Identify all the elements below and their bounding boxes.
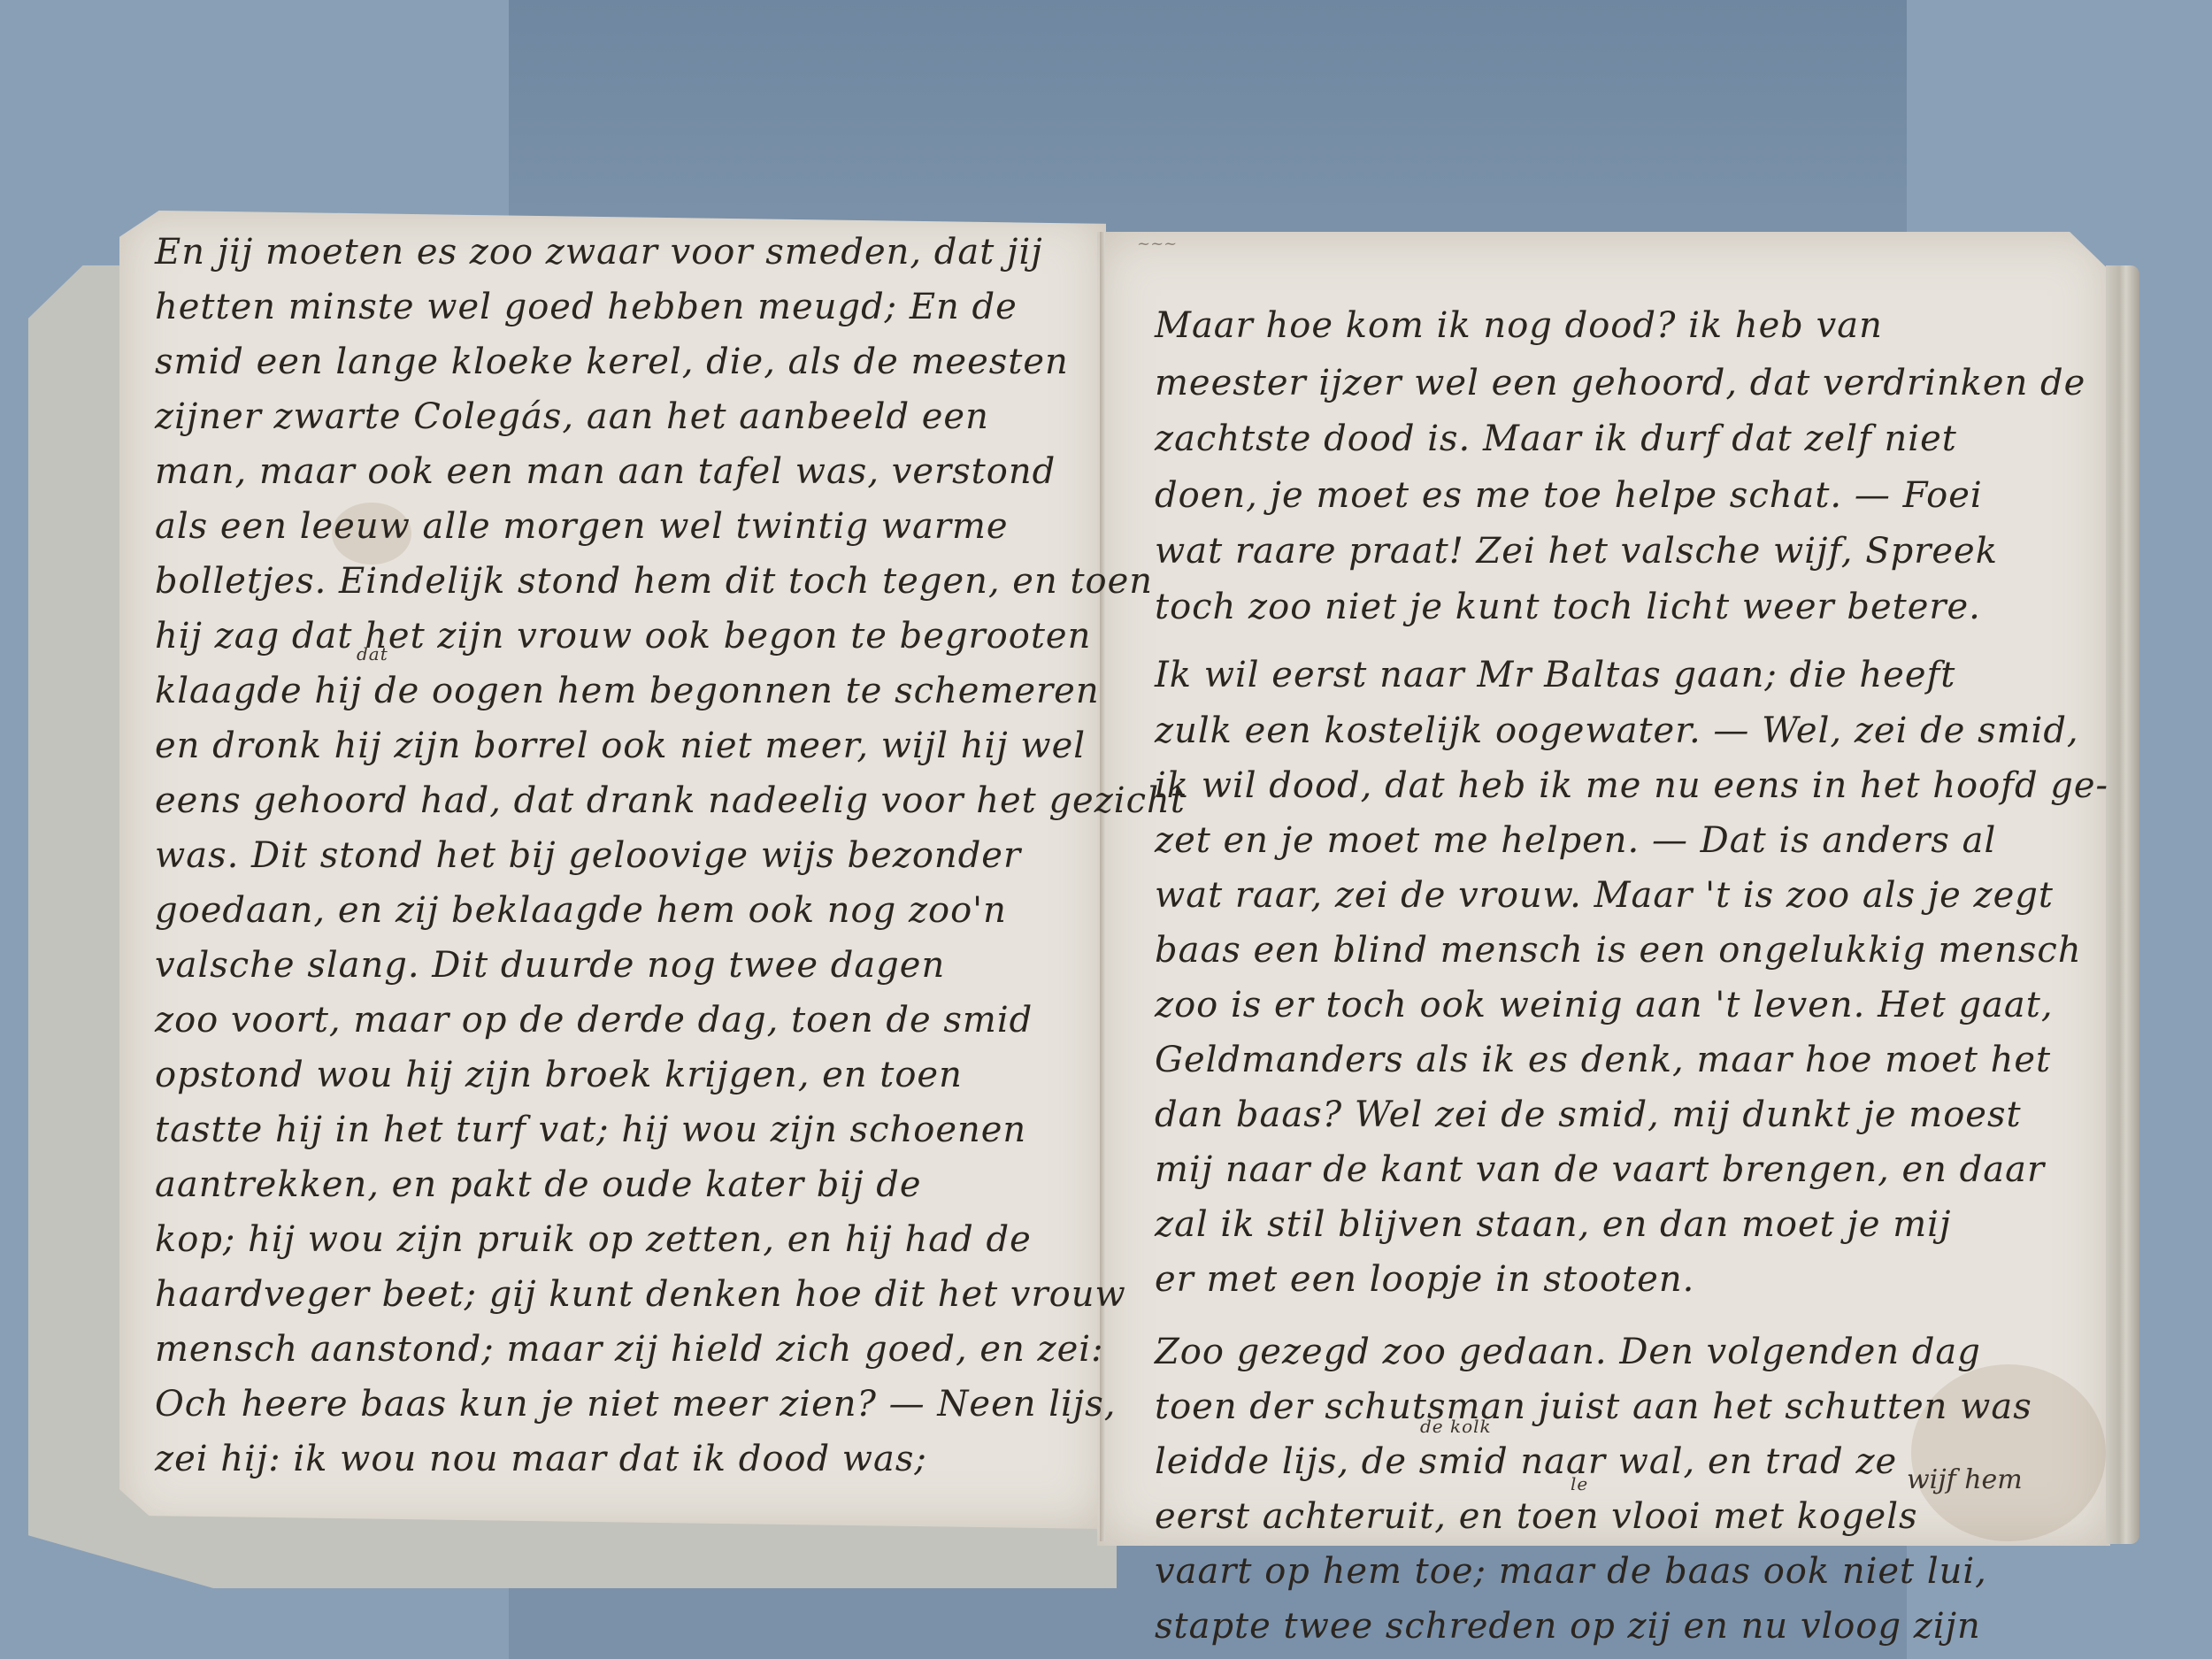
text-line: klaagde hij de oogen hem begonnen te sch… [155, 671, 1100, 711]
text-line: zijner zwarte Colegás, aan het aanbeeld … [155, 396, 989, 437]
background-shadow [509, 0, 1907, 212]
text-line: aantrekken, en pakt de oude kater bij de [155, 1164, 922, 1205]
text-line: Och heere baas kun je niet meer zien? — … [155, 1384, 1116, 1425]
text-line: Ik wil eerst naar Mr Baltas gaan; die he… [1155, 655, 1955, 695]
text-line: mij naar de kant van de vaart brengen, e… [1155, 1149, 2045, 1190]
text-line: wat raare praat! Zei het valsche wijf, S… [1155, 531, 1998, 572]
interlinear-note: dat [357, 643, 388, 664]
text-line: toen der schutsman juist aan het schutte… [1155, 1386, 2032, 1427]
text-line: smid een lange kloeke kerel, die, als de… [155, 342, 1069, 382]
text-line: zoo voort, maar op de derde dag, toen de… [155, 1000, 1033, 1041]
text-line: En jij moeten es zoo zwaar voor smeden, … [155, 232, 1043, 273]
text-line: leidde lijs, de smid naar wal, en trad z… [1155, 1441, 1897, 1482]
text-line: mensch aanstond; maar zij hield zich goe… [155, 1329, 1104, 1370]
text-line: Geldmanders als ik es denk, maar hoe moe… [1155, 1040, 2051, 1080]
text-line: eerst achteruit, en toen vlooi met kogel… [1155, 1496, 1918, 1537]
text-line: als een leeuw alle morgen wel twintig wa… [155, 506, 1009, 547]
text-line: zoo is er toch ook weinig aan 't leven. … [1155, 985, 2054, 1025]
text-line: zei hij: ik wou nou maar dat ik dood was… [155, 1439, 927, 1479]
interlinear-note: le [1571, 1473, 1588, 1494]
text-line: ik wil dood, dat heb ik me nu eens in he… [1155, 765, 2108, 806]
text-line: opstond wou hij zijn broek krijgen, en t… [155, 1055, 963, 1095]
text-line: kop; hij wou zijn pruik op zetten, en hi… [155, 1219, 1032, 1260]
text-line: meester ijzer wel een gehoord, dat verdr… [1155, 363, 2085, 403]
text-line: wat raar, zei de vrouw. Maar 't is zoo a… [1155, 875, 2054, 916]
text-line: er met een loopje in stooten. [1155, 1259, 1694, 1300]
text-line: Zoo gezegd zoo gedaan. Den volgenden dag [1155, 1332, 1981, 1372]
text-line: doen, je moet es me toe helpe schat. — F… [1155, 475, 1983, 516]
text-line: hij zag dat het zijn vrouw ook begon te … [155, 616, 1091, 657]
text-line: was. Dit stond het bij geloovige wijs be… [155, 835, 1021, 876]
text-line: hetten minste wel goed hebben meugd; En … [155, 287, 1018, 327]
text-line: Maar hoe kom ik nog dood? ik heb van [1155, 305, 1883, 346]
text-line: goedaan, en zij beklaagde hem ook nog zo… [155, 890, 1007, 931]
text-line: zal ik stil blijven staan, en dan moet j… [1155, 1204, 1951, 1245]
closing-words: wijf hem [1907, 1464, 2023, 1495]
text-line: stapte twee schreden op zij en nu vloog … [1155, 1606, 1981, 1647]
text-line: toch zoo niet je kunt toch licht weer be… [1155, 587, 1981, 627]
interlinear-note: de kolk [1420, 1416, 1492, 1437]
text-line: baas een blind mensch is een ongelukkig … [1155, 930, 2082, 971]
header-scrawl: ~~~ [1137, 234, 1177, 253]
text-line: man, maar ook een man aan tafel was, ver… [155, 451, 1056, 492]
text-line: zachtste dood is. Maar ik durf dat zelf … [1155, 419, 1957, 459]
text-line: vaart op hem toe; maar de baas ook niet … [1155, 1551, 1987, 1592]
text-line: haardveger beet; gij kunt denken hoe dit… [155, 1274, 1126, 1315]
text-line: en dronk hij zijn borrel ook niet meer, … [155, 726, 1086, 766]
text-line: tastte hij in het turf vat; hij wou zijn… [155, 1110, 1026, 1150]
text-line: dan baas? Wel zei de smid, mij dunkt je … [1155, 1094, 2022, 1135]
text-line: zulk een kostelijk oogewater. — Wel, zei… [1155, 710, 2079, 751]
page-edges [2106, 265, 2139, 1544]
text-line: bolletjes. Eindelijk stond hem dit toch … [155, 561, 1153, 602]
text-line: zet en je moet me helpen. — Dat is ander… [1155, 820, 1996, 861]
text-line: eens gehoord had, dat drank nadeelig voo… [155, 780, 1186, 821]
text-line: valsche slang. Dit duurde nog twee dagen [155, 945, 945, 986]
